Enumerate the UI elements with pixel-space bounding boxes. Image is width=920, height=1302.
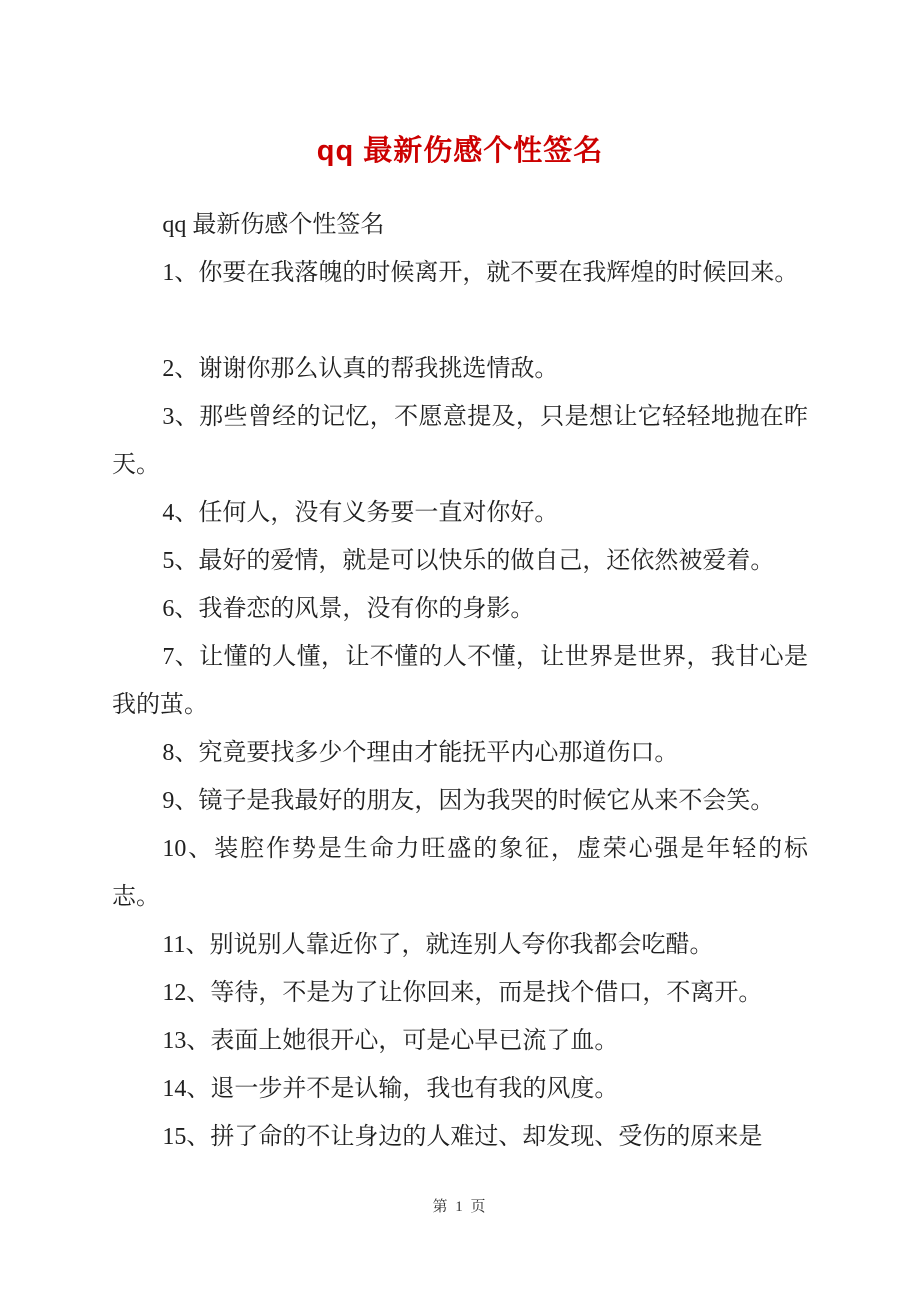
signature-item: 2、谢谢你那么认真的帮我挑选情敌。	[112, 345, 808, 393]
signature-item: 6、我眷恋的风景，没有你的身影。	[112, 585, 808, 633]
signature-item: 15、拼了命的不让身边的人难过、却发现、受伤的原来是	[112, 1113, 808, 1161]
document-page: qq 最新伤感个性签名 qq 最新伤感个性签名 1、你要在我落魄的时候离开，就不…	[0, 0, 920, 1302]
signature-item: 10、装腔作势是生命力旺盛的象征，虚荣心强是年轻的标志。	[112, 825, 808, 921]
signature-item: 3、那些曾经的记忆，不愿意提及，只是想让它轻轻地抛在昨天。	[112, 393, 808, 489]
page-number: 第 1 页	[432, 1199, 487, 1215]
signature-list: 1、你要在我落魄的时候离开，就不要在我辉煌的时候回来。2、谢谢你那么认真的帮我挑…	[112, 249, 808, 1161]
signature-item: 1、你要在我落魄的时候离开，就不要在我辉煌的时候回来。	[112, 249, 808, 297]
intro-line: qq 最新伤感个性签名	[112, 201, 808, 249]
document-title: qq 最新伤感个性签名	[0, 0, 920, 168]
signature-item: 7、让懂的人懂，让不懂的人不懂，让世界是世界，我甘心是我的茧。	[112, 633, 808, 729]
signature-item: 9、镜子是我最好的朋友，因为我哭的时候它从来不会笑。	[112, 777, 808, 825]
signature-item: 13、表面上她很开心，可是心早已流了血。	[112, 1017, 808, 1065]
document-body: qq 最新伤感个性签名 1、你要在我落魄的时候离开，就不要在我辉煌的时候回来。2…	[0, 201, 920, 1161]
signature-item: 4、任何人，没有义务要一直对你好。	[112, 489, 808, 537]
signature-item: 14、退一步并不是认输，我也有我的风度。	[112, 1065, 808, 1113]
page-footer: 第 1 页	[0, 1195, 920, 1216]
signature-item: 12、等待，不是为了让你回来，而是找个借口，不离开。	[112, 969, 808, 1017]
signature-item: 8、究竟要找多少个理由才能抚平内心那道伤口。	[112, 729, 808, 777]
signature-item: 11、别说别人靠近你了，就连别人夸你我都会吃醋。	[112, 921, 808, 969]
signature-item: 5、最好的爱情，就是可以快乐的做自己，还依然被爱着。	[112, 537, 808, 585]
